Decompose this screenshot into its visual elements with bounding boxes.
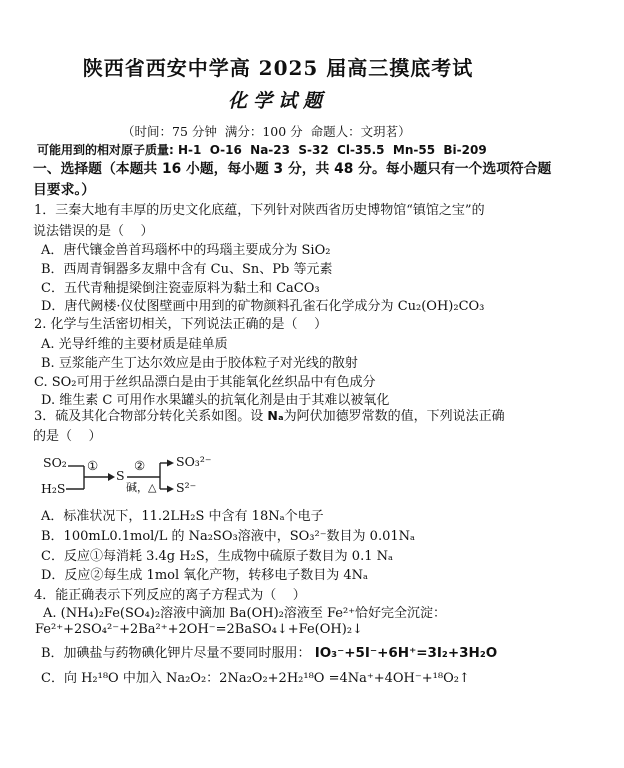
arrowhead-to-s2 [167,486,174,493]
sulfur-conversion-diagram: SO₂ H₂S ① S ② 碱，△ SO₃²⁻ S²⁻ [38,455,278,503]
atomic-mass-line: 可能用到的相对原子质量: H-1 O-16 Na-23 S-32 Cl-35.5… [37,142,487,158]
diagram-so2-label: SO₂ [43,456,67,469]
q4-option-a-text: A. (NH₄)₂Fe(SO₄)₂溶液中滴加 Ba(OH)₂溶液至 Fe²⁺恰好… [43,606,446,622]
q2-option-b: B. 豆浆能产生丁达尔效应是由于胶体粒子对光线的散射 [41,356,358,372]
condition-label: 碱，△ [126,481,156,494]
q4-option-b-equation: IO₃⁻+5I⁻+6H⁺=3I₂+3H₂O [315,645,498,661]
q2-option-a: A. 光导纤维的主要材质是硅单质 [41,337,228,353]
diagram-so3-label: SO₃²⁻ [176,455,211,468]
q4-option-b: B．加碘盐与药物碘化钾片尽量不要同时服用： IO₃⁻+5I⁻+6H⁺=3I₂+3… [41,645,497,662]
diagram-s-label: S [116,469,125,482]
q3-stem-line1: 3．硫及其化合物部分转化关系如图。设 Nₐ为阿伏加德罗常数的值，下列说法正确 [34,408,505,425]
q3-stem-suffix: 为阿伏加德罗常数的值，下列说法正确 [284,409,505,424]
reaction-1-label: ① [87,459,98,472]
exam-paper-page: 陕西省西安中学高 2025 届高三摸底考试 化学试题 （时间：75 分钟 满分：… [0,0,624,768]
q1-option-b: B．西周青铜器多友鼎中含有 Cu、Sn、Pb 等元素 [41,262,333,278]
section-heading-line2: 目要求。） [33,182,95,198]
section-heading-line1: 一、选择题（本题共 16 小题，每小题 3 分，共 48 分。每小题只有一个选项… [33,161,551,177]
q3-option-b: B．100mL0.1mol/L 的 Na₂SO₃溶液中，SO₃²⁻数目为 0.0… [41,529,415,545]
page-title: 陕西省西安中学高 2025 届高三摸底考试 [0,60,556,76]
q1-stem-line2: 说法错误的是（ ） [33,224,154,240]
avogadro-symbol: Nₐ [267,408,283,423]
q1-stem-line1: 1．三秦大地有丰厚的历史文化底蕴，下列针对陕西省历史博物馆“镇馆之宝”的 [34,203,485,219]
q3-stem-prefix: 3．硫及其化合物部分转化关系如图。设 [34,409,267,424]
q2-option-c: C. SO₂可用于丝织品漂白是由于其能氧化丝织品中有色成分 [34,375,376,391]
reaction-2-label: ② [134,459,145,472]
q3-option-d: D．反应②每生成 1mol 氧化产物，转移电子数目为 4Nₐ [41,568,368,584]
q1-option-d: D．唐代阙楼·仪仗图壁画中用到的矿物颜料孔雀石化学成分为 Cu₂(OH)₂CO₃ [41,299,484,315]
q3-option-a: A．标准状况下，11.2LH₂S 中含有 18Nₐ个电子 [41,509,324,525]
arrowhead-to-s [108,473,115,481]
q3-option-c: C．反应①每消耗 3.4g H₂S，生成物中硫原子数目为 0.1 Nₐ [41,549,393,565]
q2-option-d: D. 维生素 C 可用作水果罐头的抗氧化剂是由于其难以被氧化 [41,393,389,409]
diagram-lines [38,455,278,503]
diagram-s2-label: S²⁻ [176,481,196,494]
page-subtitle: 化学试题 [0,93,556,109]
q4-option-b-text: B．加碘盐与药物碘化钾片尽量不要同时服用： [41,646,315,661]
q4-option-c: C．向 H₂¹⁸O 中加入 Na₂O₂：2Na₂O₂+2H₂¹⁸O =4Na⁺+… [41,671,470,687]
exam-meta-line: （时间：75 分钟 满分：100 分 命题人：文玥茗） [122,124,411,140]
q2-stem: 2. 化学与生活密切相关，下列说法正确的是（ ） [34,317,327,333]
q1-option-a: A．唐代镶金兽首玛瑙杯中的玛瑙主要成分为 SiO₂ [41,243,330,259]
q4-option-a-equation: Fe²⁺+2SO₄²⁻+2Ba²⁺+2OH⁻=2BaSO₄↓+Fe(OH)₂↓ [35,622,363,638]
diagram-h2s-label: H₂S [41,482,65,495]
q4-stem: 4．能正确表示下列反应的离子方程式为（ ） [34,588,306,604]
q3-stem-line2: 的是（ ） [33,429,102,445]
arrowhead-to-so3 [167,460,174,467]
q1-option-c: C．五代青釉提梁倒注瓷壶原料为黏土和 CaCO₃ [41,281,320,297]
